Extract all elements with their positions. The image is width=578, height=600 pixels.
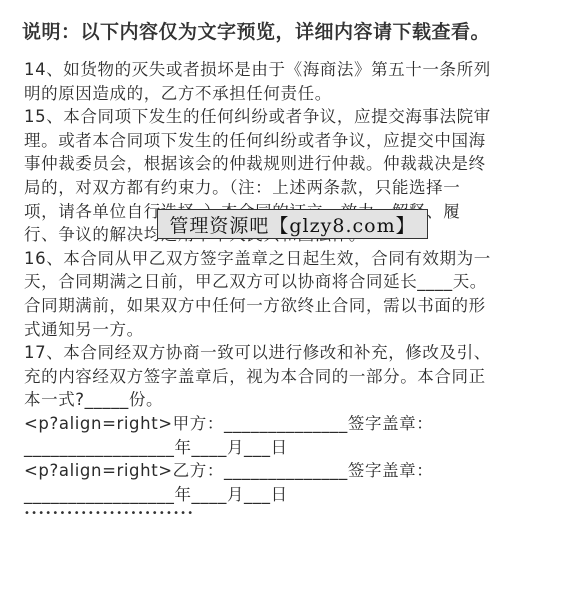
clause-17-line-1: 17、本合同经双方协商一致可以进行修改和补充，修改及引、 <box>24 341 564 365</box>
clause-17-line-3: 本一式?_____份。 <box>24 388 564 412</box>
clause-14-line-2: 明的原因造成的，乙方不承担任何责任。 <box>24 82 564 106</box>
party-b-date-line: _________________年____月___日 <box>24 483 564 507</box>
party-a-date-line: _________________年____月___日 <box>24 436 564 460</box>
clause-17-line-2: 充的内容经双方签字盖章后，视为本合同的一部分。本合同正 <box>24 365 564 389</box>
clause-15-line-3: 事仲裁委员会，根据该会的仲裁规则进行仲裁。仲裁裁决是终 <box>24 152 564 176</box>
clause-15-line-2: 理。或者本合同项下发生的任何纠纷或者争议，应提交中国海 <box>24 129 564 153</box>
clause-16-line-2: 天，合同期满之日前，甲乙双方可以协商将合同延长____天。 <box>24 270 564 294</box>
clause-14-line-1: 14、如货物的灭失或者损坏是由于《海商法》第五十一条所列 <box>24 58 564 82</box>
clause-15-line-1: 15、本合同项下发生的任何纠纷或者争议，应提交海事法院审 <box>24 105 564 129</box>
party-b-signature-line: <p?align=right>乙方：______________签字盖章： <box>24 459 564 483</box>
party-a-signature-line: <p?align=right>甲方：______________签字盖章： <box>24 412 564 436</box>
clause-15-line-4: 局的，对双方都有约束力。（注：上述两条款，只能选择一 <box>24 176 564 200</box>
clause-16-line-1: 16、本合同从甲乙双方签字盖章之日起生效，合同有效期为一 <box>24 247 564 271</box>
truncation-ellipsis: •••••••••••••••••••••••• <box>24 508 564 524</box>
clause-16-line-4: 式通知另一方。 <box>24 318 564 342</box>
document-body: 14、如货物的灭失或者损坏是由于《海商法》第五十一条所列 明的原因造成的，乙方不… <box>24 58 564 524</box>
clause-16-line-3: 合同期满前，如果双方中任何一方欲终止合同，需以书面的形 <box>24 294 564 318</box>
watermark-banner: 管理资源吧【glzy8.com】 <box>157 209 428 239</box>
preview-notice: 说明：以下内容仅为文字预览，详细内容请下载查看。 <box>22 17 490 44</box>
